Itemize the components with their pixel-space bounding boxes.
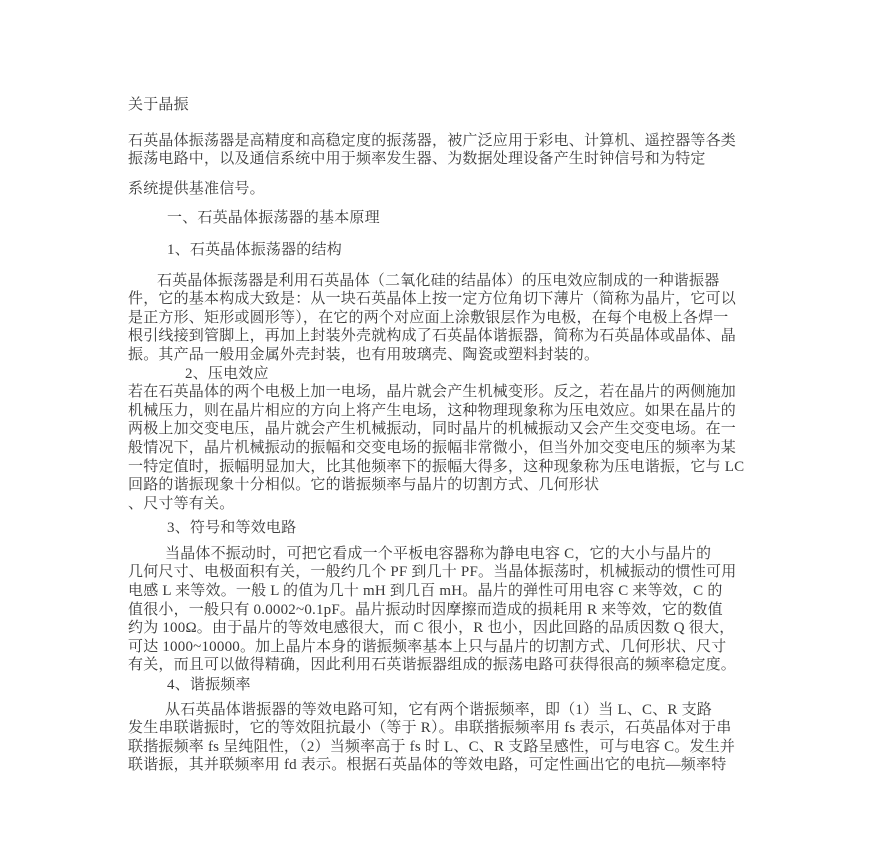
text-line: 若在石英晶体的两个电极上加一电场，晶片就会产生机械变形。反之，若在晶片的两侧施加 <box>128 383 752 402</box>
document-body: 石英晶体振荡器是高精度和高稳定度的振荡器，被广泛应用于彩电、计算机、遥控器等各类… <box>128 132 752 775</box>
document-page: 关于晶振 石英晶体振荡器是高精度和高稳定度的振荡器，被广泛应用于彩电、计算机、遥… <box>0 0 870 842</box>
heading: 4、谐振频率 <box>128 676 752 695</box>
text-line: 一、石英晶体振荡器的基本原理 <box>128 209 752 228</box>
text-line: 有关，而且可以做得精确，因此利用石英谐振器组成的振荡电路可获得很高的频率稳定度。 <box>128 656 752 675</box>
text-line: 3、符号和等效电路 <box>128 519 752 538</box>
text-line: 电感 L 来等效。一般 L 的值为几十 mH 到几百 mH。晶片的弹性可用电容 … <box>128 582 752 601</box>
text-line: 件，它的基本构成大致是：从一块石英晶体上按一定方位角切下薄片（简称为晶片，它可以 <box>128 290 752 309</box>
paragraph: 当晶体不振动时，可把它看成一个平板电容器称为静电电容 C，它的大小与晶片的几何尺… <box>128 545 752 675</box>
heading: 2、压电效应 <box>128 365 752 384</box>
text-line: 联谐振，其并联频率用 fd 表示。根据石英晶体的等效电路，可定性画出它的电抗—频… <box>128 756 752 775</box>
text-line: 是正方形、矩形或圆形等），在它的两个对应面上涂敷银层作为电极，在每个电极上各焊一 <box>128 309 752 328</box>
text-line: 可达 1000~10000。加上晶片本身的谐振频率基本上只与晶片的切割方式、几何… <box>128 638 752 657</box>
heading: 1、石英晶体振荡器的结构 <box>128 241 752 260</box>
heading: 3、符号和等效电路 <box>128 519 752 538</box>
document-title: 关于晶振 <box>128 96 752 115</box>
paragraph: 系统提供基准信号。 <box>128 180 752 199</box>
text-line: 值很小，一般只有 0.0002~0.1pF。晶片振动时因摩擦而造成的损耗用 R … <box>128 601 752 620</box>
paragraph: 若在石英晶体的两个电极上加一电场，晶片就会产生机械变形。反之，若在晶片的两侧施加… <box>128 383 752 513</box>
text-line: 发生串联谐振时，它的等效阻抗最小（等于 R）。串联揩振频率用 fs 表示，石英晶… <box>128 719 752 738</box>
text-line: 两极上加交变电压，晶片就会产生机械振动，同时晶片的机械振动又会产生交变电场。在一 <box>128 420 752 439</box>
text-line: 1、石英晶体振荡器的结构 <box>128 241 752 260</box>
text-line: 2、压电效应 <box>128 365 752 384</box>
text-line: 振。其产品一般用金属外壳封装，也有用玻璃壳、陶瓷或塑料封装的。 <box>128 346 752 365</box>
text-line: 当晶体不振动时，可把它看成一个平板电容器称为静电电容 C，它的大小与晶片的 <box>128 545 752 564</box>
text-line: 、尺寸等有关。 <box>128 495 752 514</box>
text-line: 一特定值时，振幅明显加大，比其他频率下的振幅大得多，这种现象称为压电谐振，它与 … <box>128 458 752 477</box>
text-line: 振荡电路中，以及通信系统中用于频率发生器、为数据处理设备产生时钟信号和为特定 <box>128 150 752 169</box>
document-content: 关于晶振 石英晶体振荡器是高精度和高稳定度的振荡器，被广泛应用于彩电、计算机、遥… <box>128 96 752 775</box>
text-line: 4、谐振频率 <box>128 676 752 695</box>
heading: 一、石英晶体振荡器的基本原理 <box>128 209 752 228</box>
text-line: 回路的谐振现象十分相似。它的谐振频率与晶片的切割方式、几何形状 <box>128 476 752 495</box>
paragraph: 石英晶体振荡器是高精度和高稳定度的振荡器，被广泛应用于彩电、计算机、遥控器等各类… <box>128 132 752 169</box>
text-line: 石英晶体振荡器是利用石英晶体（二氧化硅的结晶体）的压电效应制成的一种谐振器 <box>128 272 752 291</box>
text-line: 般情况下，晶片机械振动的振幅和交变电场的振幅非常微小，但当外加交变电压的频率为某 <box>128 439 752 458</box>
text-line: 机械压力，则在晶片相应的方向上将产生电场，这种物理现象称为压电效应。如果在晶片的 <box>128 402 752 421</box>
text-line: 几何尺寸、电极面积有关，一般约几个 PF 到几十 PF。当晶体振荡时，机械振动的… <box>128 563 752 582</box>
text-line: 系统提供基准信号。 <box>128 180 752 199</box>
text-line: 约为 100Ω。由于晶片的等效电感很大，而 C 很小，R 也小，因此回路的品质因… <box>128 619 752 638</box>
paragraph: 石英晶体振荡器是利用石英晶体（二氧化硅的结晶体）的压电效应制成的一种谐振器件，它… <box>128 272 752 365</box>
text-line: 石英晶体振荡器是高精度和高稳定度的振荡器，被广泛应用于彩电、计算机、遥控器等各类 <box>128 132 752 151</box>
text-line: 从石英晶体谐振器的等效电路可知，它有两个谐振频率，即（1）当 L、C、R 支路 <box>128 701 752 720</box>
text-line: 根引线接到管脚上，再加上封装外壳就构成了石英晶体谐振器，简称为石英晶体或晶体、晶 <box>128 327 752 346</box>
paragraph: 从石英晶体谐振器的等效电路可知，它有两个谐振频率，即（1）当 L、C、R 支路发… <box>128 701 752 775</box>
text-line: 联揩振频率 fs 呈纯阻性，（2）当频率高于 fs 时 L、C、R 支路呈感性，… <box>128 738 752 757</box>
